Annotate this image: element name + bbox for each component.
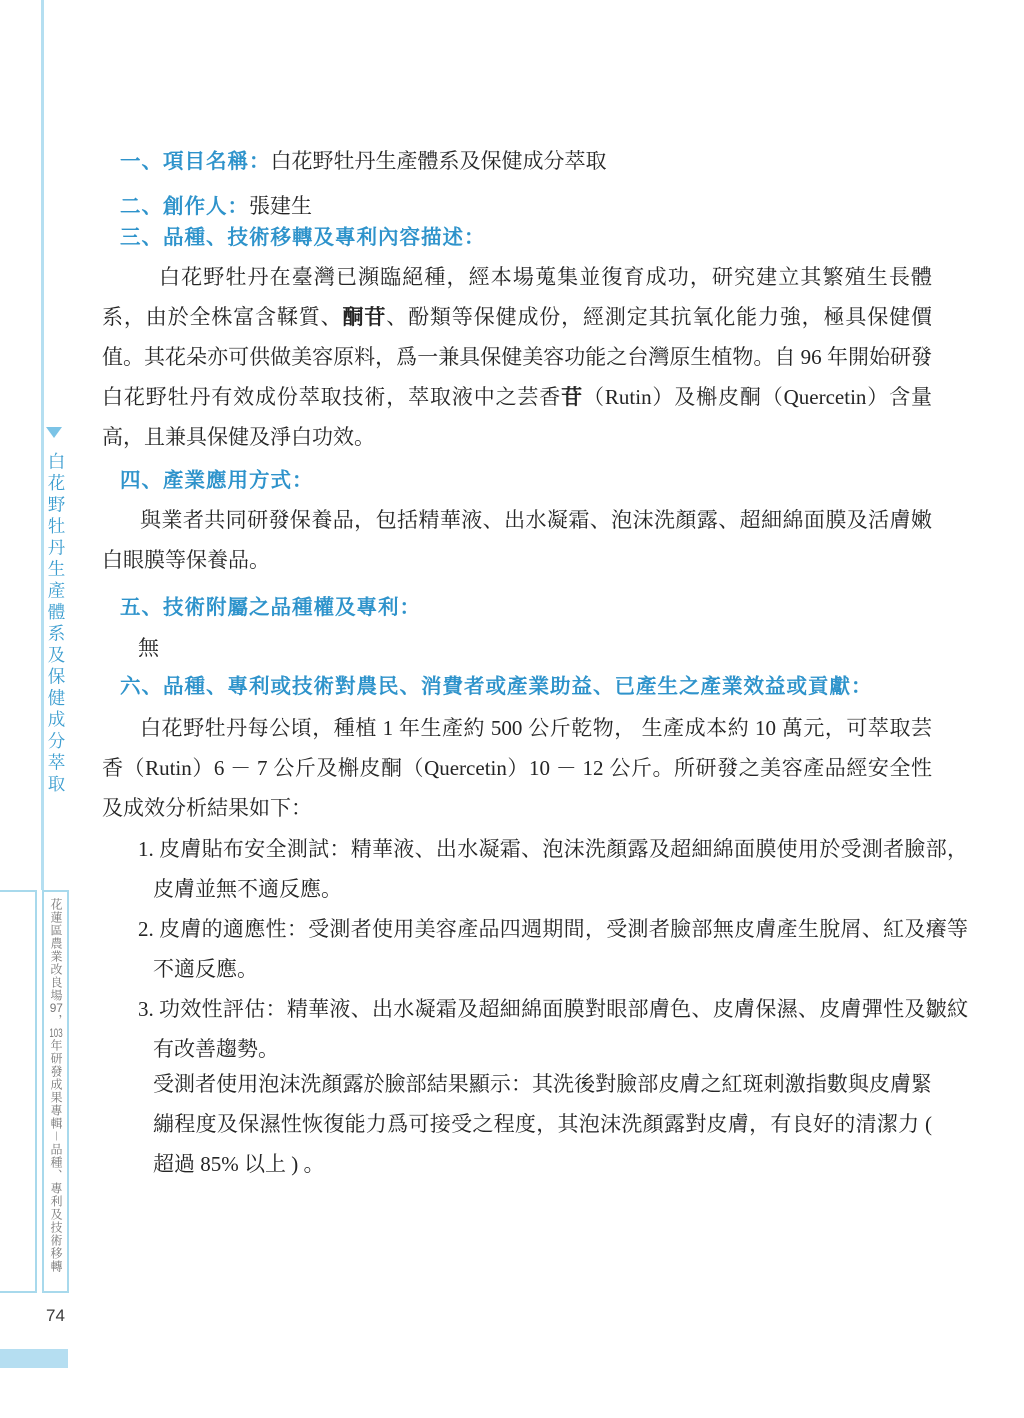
list-item: 3.功效性評估：精華液、出水凝霜及超細綿面膜對眼部膚色、皮膚保濕、皮膚彈性及皺紋… <box>138 989 968 1069</box>
sidebar-empty-box <box>0 890 37 1293</box>
series-title-text: 花蓮區農業改良場97，103年研發成果專輯－品種、專利及技術移轉 <box>44 898 67 1291</box>
section-1-value: 白花野牡丹生產體系及保健成分萃取 <box>271 149 607 173</box>
list-item: 1.皮膚貼布安全測試：精華液、出水凝霜、泡沫洗顏露及超細綿面膜使用於受測者臉部，… <box>138 829 968 909</box>
section-3-heading: 三、品種、技術移轉及專利內容描述： <box>120 218 950 258</box>
section-5-heading: 五、技術附屬之品種權及專利： <box>120 588 950 628</box>
section-1-project-name: 一、項目名稱：白花野牡丹生產體系及保健成分萃取 <box>120 141 950 184</box>
section-2-value: 張建生 <box>249 194 312 218</box>
section-5-value: 無 <box>138 628 968 668</box>
section-1-label: 一、項目名稱： <box>120 150 271 173</box>
list-item-number: 2. <box>138 917 154 941</box>
scanned-book-page: { "page_number": "74", "sidebar": { "cha… <box>0 0 1024 1418</box>
section-4-paragraph: 與業者共同研發保養品，包括精華液、出水凝霜、泡沫洗顏露、超細綿面膜及活膚嫩白眼膜… <box>102 500 932 580</box>
series-title-strip: 花蓮區農業改良場97，103年研發成果專輯－品種、專利及技術移轉 <box>42 890 69 1293</box>
list-item-number: 1. <box>138 837 154 861</box>
list-item-text: 功效性評估：精華液、出水凝霜及超細綿面膜對眼部膚色、皮膚保濕、皮膚彈性及皺紋有改… <box>153 997 968 1061</box>
section-2-label: 二、創作人： <box>120 195 249 218</box>
section-4-heading: 四、產業應用方式： <box>120 461 950 501</box>
page-number: 74 <box>46 1306 65 1326</box>
section-6-paragraph: 白花野牡丹每公頃，種植 1 年生產約 500 公斤乾物， 生產成本約 10 萬元… <box>102 708 932 828</box>
closing-paragraph: 受測者使用泡沫洗顏露於臉部結果顯示：其洗後對臉部皮膚之紅斑刺激指數與皮膚緊繃程度… <box>153 1064 932 1184</box>
list-item: 2.皮膚的適應性：受測者使用美容產品四週期間，受測者臉部無皮膚產生脫屑、紅及癢等… <box>138 909 968 989</box>
section-6-heading: 六、品種、專利或技術對農民、消費者或產業助益、已產生之產業效益或貢獻： <box>120 667 950 707</box>
document-content: 一、項目名稱：白花野牡丹生產體系及保健成分萃取 二、創作人：張建生 三、品種、技… <box>102 0 932 1418</box>
bottom-decoration-bar <box>0 1349 68 1368</box>
section-3-paragraph: 白花野牡丹在臺灣已瀕臨絕種，經本場蒐集並復育成功，研究建立其繁殖生長體系，由於全… <box>102 257 932 457</box>
list-item-number: 3. <box>138 997 154 1021</box>
list-item-text: 皮膚貼布安全測試：精華液、出水凝霜、泡沫洗顏露及超細綿面膜使用於受測者臉部，皮膚… <box>153 837 968 901</box>
triangle-marker-icon <box>46 427 62 438</box>
chapter-title-vertical: 白花野牡丹生產體系及保健成分萃取 <box>43 452 69 796</box>
results-list: 1.皮膚貼布安全測試：精華液、出水凝霜、泡沫洗顏露及超細綿面膜使用於受測者臉部，… <box>138 829 968 1069</box>
list-item-text: 皮膚的適應性：受測者使用美容產品四週期間，受測者臉部無皮膚產生脫屑、紅及癢等不適… <box>153 917 968 981</box>
